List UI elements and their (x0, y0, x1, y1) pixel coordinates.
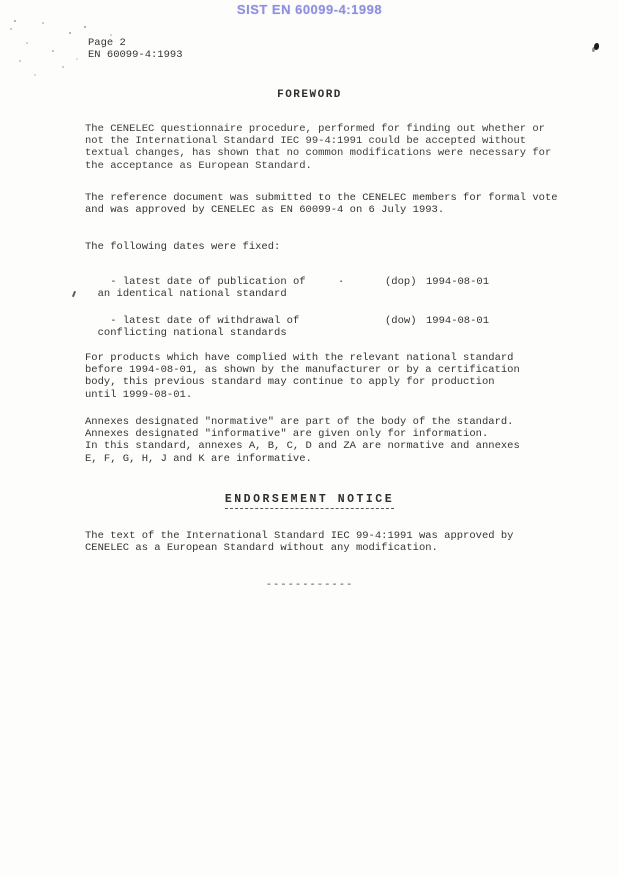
date-code-dow: (dow) (385, 315, 417, 327)
endorsement-notice-title-wrap: ENDORSEMENT NOTICE (0, 489, 619, 509)
date-code-dop: (dop) (385, 276, 417, 288)
foreword-title: FOREWORD (0, 89, 619, 101)
end-divider-dashes: ------------ (0, 579, 619, 591)
date-value-dow: 1994-08-01 (426, 315, 489, 327)
scan-noise-ink-blot (594, 43, 599, 50)
page-number: Page 2 (88, 37, 126, 49)
foreword-paragraph-reference-vote: The reference document was submitted to … (85, 192, 558, 216)
scan-noise-margin-tick (72, 291, 76, 297)
document-page: SIST EN 60099-4:1998 Page 2EN 60099-4:19… (0, 0, 619, 876)
date-item-withdrawal: - latest date of withdrawal of conflicti… (85, 303, 545, 329)
endorsement-paragraph: The text of the International Standard I… (85, 530, 513, 554)
standard-reference: EN 60099-4:1993 (88, 49, 183, 61)
date-item-label: - latest date of withdrawal of conflicti… (85, 315, 299, 339)
page-header: Page 2EN 60099-4:1993 (88, 37, 183, 61)
dates-fixed-intro: The following dates were fixed: (85, 241, 280, 253)
foreword-paragraph-questionnaire: The CENELEC questionnaire procedure, per… (85, 123, 551, 172)
paragraph-annexes: Annexes designated "normative" are part … (85, 416, 520, 465)
date-value-dop: 1994-08-01 (426, 276, 489, 288)
date-item-publication: - latest date of publication of an ident… (85, 264, 545, 290)
date-item-label: - latest date of publication of an ident… (85, 276, 306, 300)
watermark-header: SIST EN 60099-4:1998 (0, 2, 619, 17)
paragraph-products-transition: For products which have complied with th… (85, 352, 520, 401)
scan-noise-speckles (14, 20, 16, 22)
endorsement-notice-title: ENDORSEMENT NOTICE (225, 493, 394, 509)
scan-noise-stray-dot: . (338, 274, 344, 286)
